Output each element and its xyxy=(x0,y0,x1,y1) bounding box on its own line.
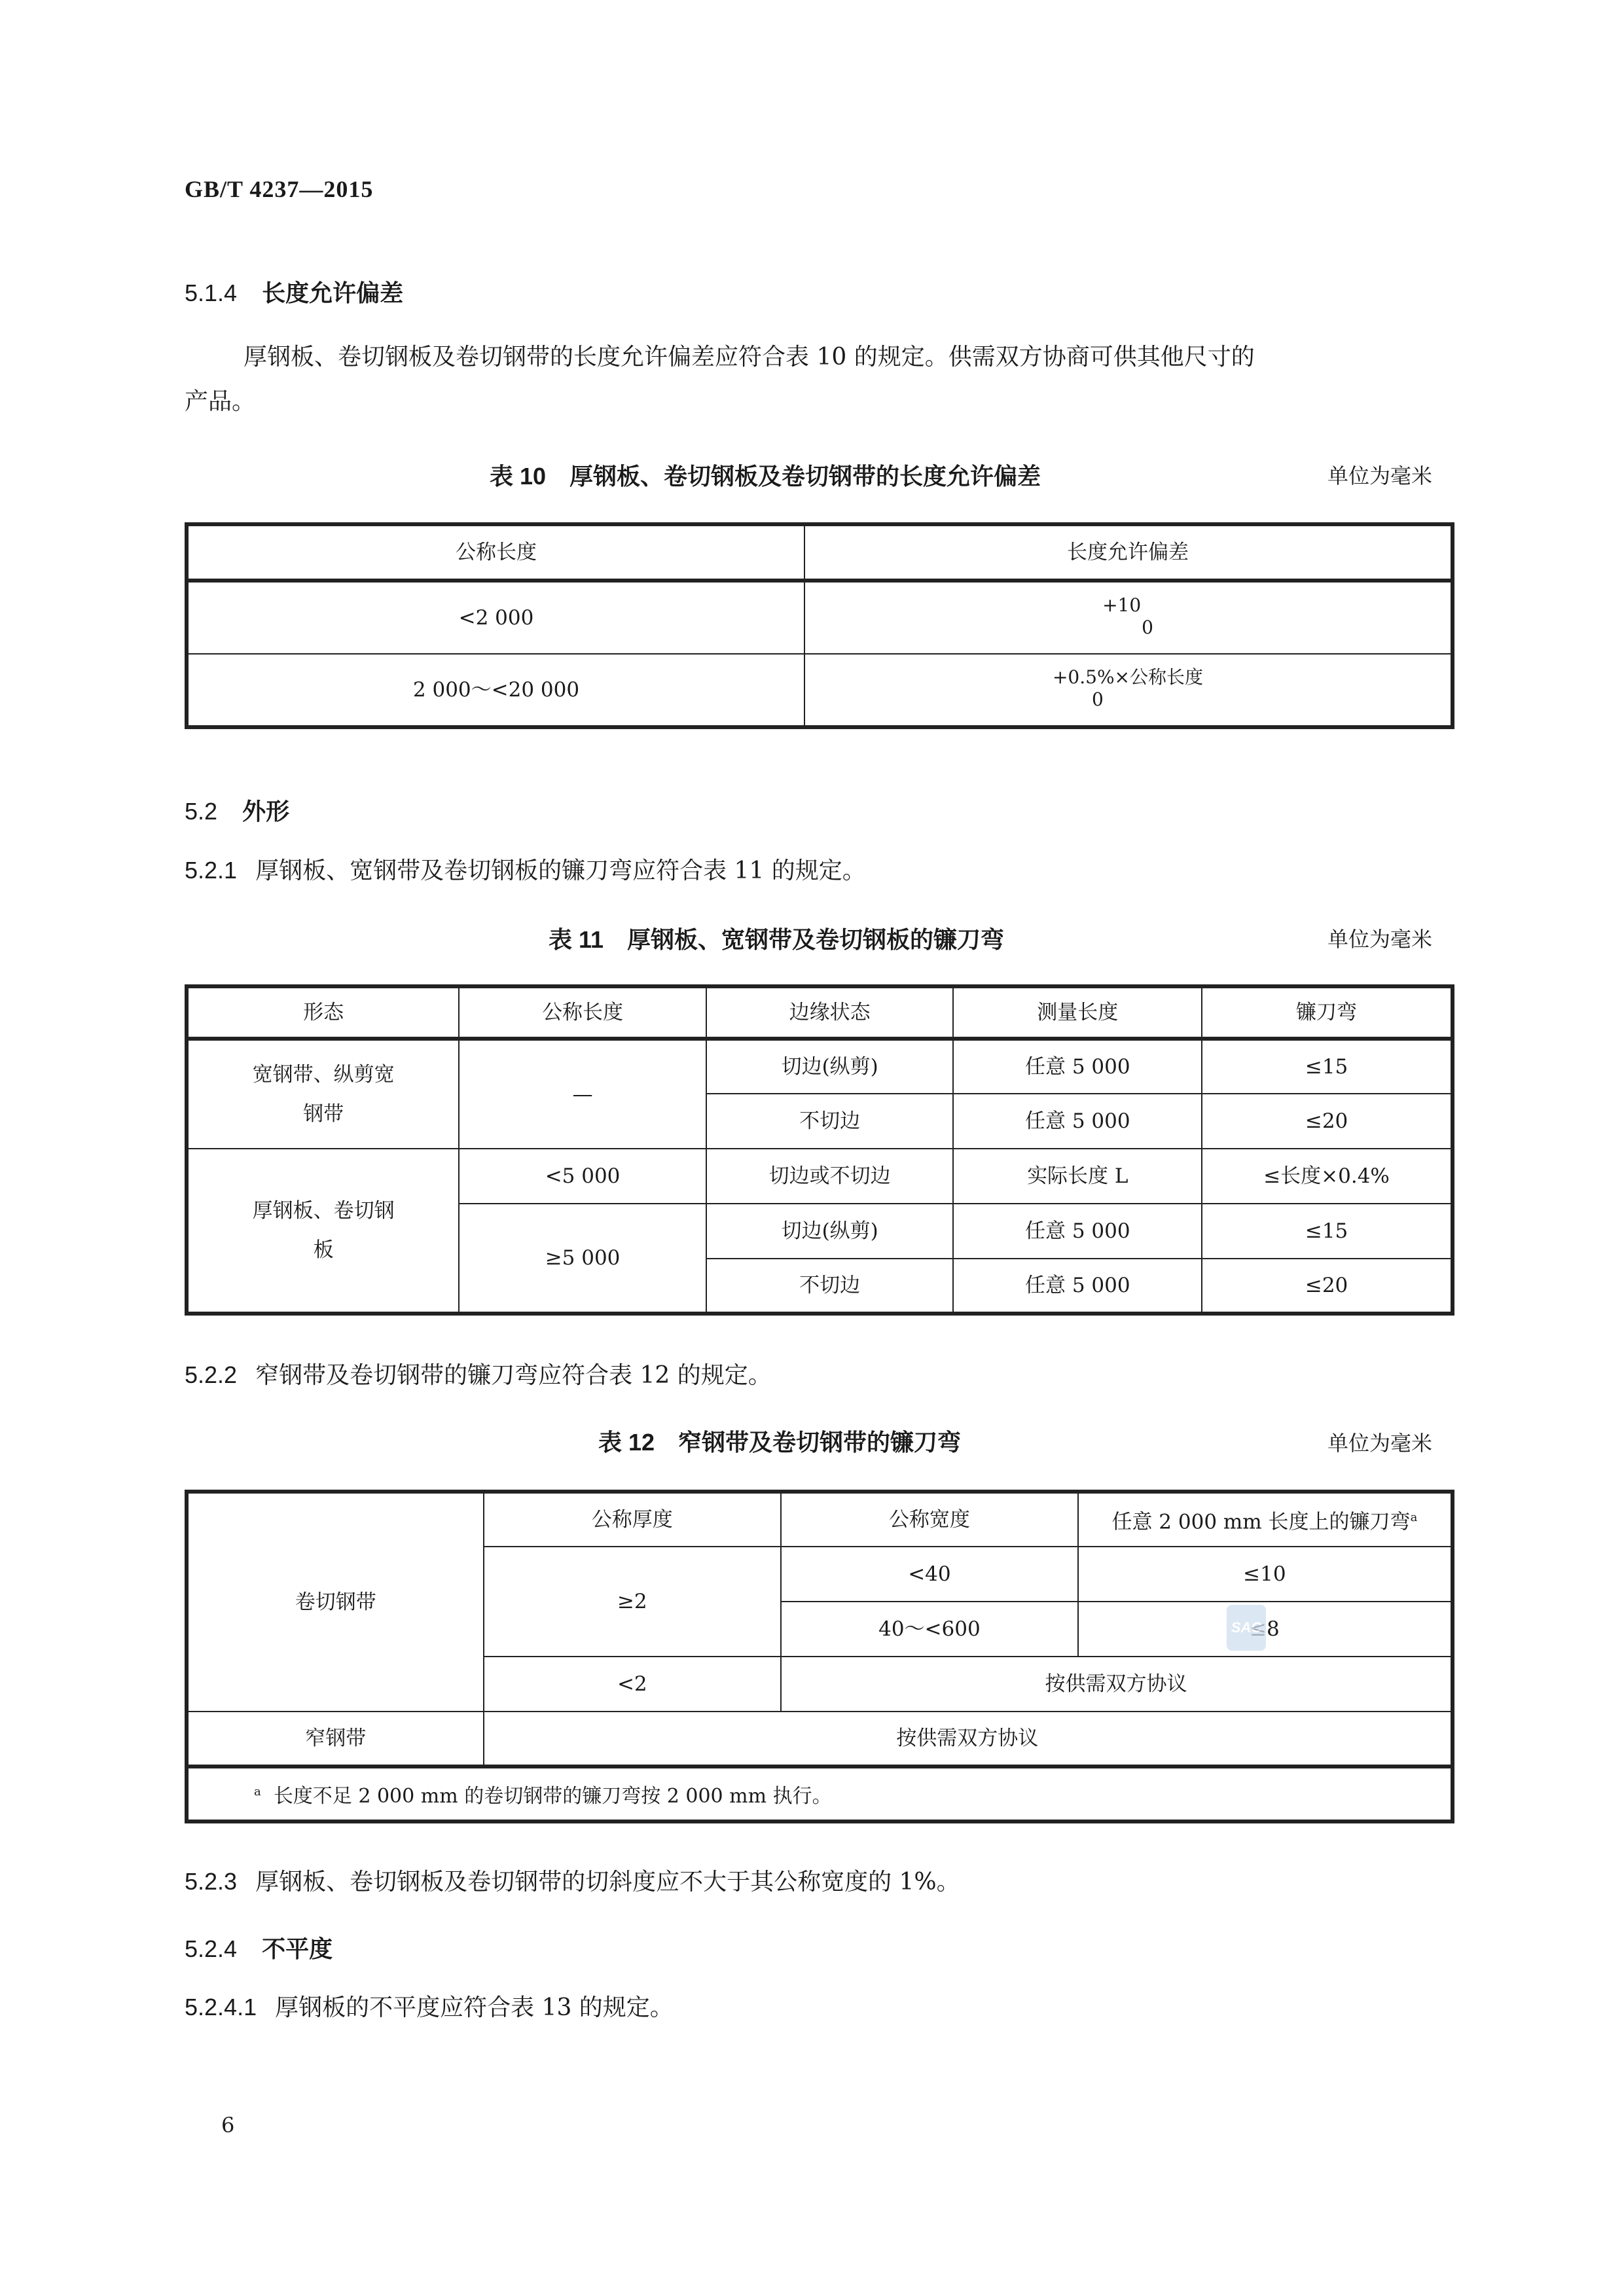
section-number: 5.2.4 xyxy=(185,1935,237,1962)
section-text: 窄钢带及卷切钢带的镰刀弯应符合表 12 的规定。 xyxy=(255,1362,772,1389)
paragraph-line: 产品。 xyxy=(185,380,255,424)
table-cell: ≤15 xyxy=(1202,1204,1453,1259)
table-cell: ≤20 xyxy=(1202,1094,1453,1149)
footnote-mark: a xyxy=(1411,1511,1418,1524)
table-11: 形态 公称长度 边缘状态 测量长度 镰刀弯 宽钢带、纵剪宽钢带 — 切边(纵剪)… xyxy=(185,984,1454,1316)
footnote-mark: a xyxy=(254,1785,261,1799)
table-cell: 切边(纵剪) xyxy=(706,1204,954,1259)
table-cell: +0.5%×公称长度 0 xyxy=(804,654,1453,727)
section-title: 不平度 xyxy=(262,1935,333,1962)
table-cell: ≥2 xyxy=(484,1547,782,1657)
table-cell: 任意 5 000 xyxy=(953,1094,1202,1149)
section-text: 厚钢板、宽钢带及卷切钢板的镰刀弯应符合表 11 的规定。 xyxy=(255,857,866,884)
table-cell-nominal-length: <5 000 xyxy=(459,1149,706,1204)
table-cell: 按供需双方协议 xyxy=(484,1712,1453,1767)
table-12-unit: 单位为毫米 xyxy=(1327,1427,1432,1457)
table-cell: 不切边 xyxy=(706,1094,954,1149)
table-cell-narrow-strip: 窄钢带 xyxy=(187,1712,484,1767)
section-title: 外形 xyxy=(242,798,289,825)
section-text: 厚钢板、卷切钢板及卷切钢带的切斜度应不大于其公称宽度的 1%。 xyxy=(255,1869,960,1895)
section-5-2-4-heading: 5.2.4 不平度 xyxy=(185,1931,333,1964)
table-cell: ≤长度×0.4% xyxy=(1202,1149,1453,1204)
section-5-2-1: 5.2.1厚钢板、宽钢带及卷切钢板的镰刀弯应符合表 11 的规定。 xyxy=(185,848,866,893)
table-12: 卷切钢带 公称厚度 公称宽度 任意 2 000 mm 长度上的镰刀弯a ≥2 <… xyxy=(185,1490,1454,1823)
table-header-cell: 边缘状态 xyxy=(706,986,954,1039)
section-5-2-2: 5.2.2窄钢带及卷切钢带的镰刀弯应符合表 12 的规定。 xyxy=(185,1353,772,1398)
table-cell: 切边或不切边 xyxy=(706,1149,954,1204)
table-cell-coil-cut-strip: 卷切钢带 xyxy=(187,1492,484,1712)
tolerance-value: +10 0 xyxy=(1102,594,1153,639)
table-10-caption: 表 10 厚钢板、卷切钢板及卷切钢带的长度允许偏差 xyxy=(490,458,1041,492)
section-5-2-4-1: 5.2.4.1厚钢板的不平度应符合表 13 的规定。 xyxy=(185,1985,674,2030)
table-cell: 按供需双方协议 xyxy=(781,1657,1453,1712)
table-cell: 切边(纵剪) xyxy=(706,1039,954,1094)
table-10-unit: 单位为毫米 xyxy=(1327,459,1432,490)
table-cell: <2 xyxy=(484,1657,782,1712)
table-cell-form: 宽钢带、纵剪宽钢带 xyxy=(187,1039,459,1149)
section-5-2-heading: 5.2 外形 xyxy=(185,793,289,827)
table-header-cell: 公称长度 xyxy=(187,524,804,581)
section-text: 厚钢板的不平度应符合表 13 的规定。 xyxy=(275,1994,674,2021)
table-cell: 40～<600 xyxy=(781,1602,1078,1657)
tolerance-upper: +10 xyxy=(1102,594,1141,616)
table-cell-nominal-length: — xyxy=(459,1039,706,1149)
table-cell: 任意 5 000 xyxy=(953,1204,1202,1259)
table-header-cell: 长度允许偏差 xyxy=(804,524,1453,581)
table-cell: ≤20 xyxy=(1202,1259,1453,1314)
section-number: 5.2.4.1 xyxy=(185,1994,257,2020)
tolerance-lower: 0 xyxy=(1102,617,1153,639)
header-text: 任意 2 000 mm 长度上的镰刀弯 xyxy=(1111,1510,1410,1534)
sac-watermark-logo: SAC xyxy=(1227,1605,1266,1651)
table-10: 公称长度 长度允许偏差 <2 000 +10 0 2 000～<20 000 +… xyxy=(185,522,1454,729)
section-5-2-3: 5.2.3厚钢板、卷切钢板及卷切钢带的切斜度应不大于其公称宽度的 1%。 xyxy=(185,1859,960,1905)
tolerance-upper: +0.5%×公称长度 xyxy=(1053,666,1203,688)
table-header-cell: 公称宽度 xyxy=(781,1492,1078,1547)
table-header-cell: 任意 2 000 mm 长度上的镰刀弯a xyxy=(1078,1492,1453,1547)
section-title: 长度允许偏差 xyxy=(262,279,403,306)
tolerance-lower: 0 xyxy=(1053,689,1203,711)
table-11-caption: 表 11 厚钢板、宽钢带及卷切钢板的镰刀弯 xyxy=(549,922,1004,955)
standard-code-header: GB/T 4237—2015 xyxy=(185,175,373,203)
table-cell: ≤10 xyxy=(1078,1547,1453,1602)
table-header-cell: 公称厚度 xyxy=(484,1492,782,1547)
table-cell: <2 000 xyxy=(187,581,804,654)
section-number: 5.1.4 xyxy=(185,279,237,306)
table-cell: <40 xyxy=(781,1547,1078,1602)
section-number: 5.2.2 xyxy=(185,1361,237,1388)
table-cell: ≤15 xyxy=(1202,1039,1453,1094)
table-cell-nominal-length: ≥5 000 xyxy=(459,1204,706,1314)
tolerance-value: +0.5%×公称长度 0 xyxy=(1053,666,1203,711)
table-cell: 任意 5 000 xyxy=(953,1039,1202,1094)
table-cell: 实际长度 L xyxy=(953,1149,1202,1204)
table-header-cell: 公称长度 xyxy=(459,986,706,1039)
paragraph-line: 厚钢板、卷切钢板及卷切钢带的长度允许偏差应符合表 10 的规定。供需双方协商可供… xyxy=(244,335,1461,380)
table-header-cell: 形态 xyxy=(187,986,459,1039)
footnote-text: 长度不足 2 000 mm 的卷切钢带的镰刀弯按 2 000 mm 执行。 xyxy=(274,1785,832,1808)
page-number: 6 xyxy=(221,2113,234,2138)
table-cell: 2 000～<20 000 xyxy=(187,654,804,727)
table-11-unit: 单位为毫米 xyxy=(1327,923,1432,953)
table-12-caption: 表 12 窄钢带及卷切钢带的镰刀弯 xyxy=(598,1424,961,1458)
table-cell: 任意 5 000 xyxy=(953,1259,1202,1314)
section-number: 5.2 xyxy=(185,798,217,825)
table-cell: +10 0 xyxy=(804,581,1453,654)
table-footnote: a 长度不足 2 000 mm 的卷切钢带的镰刀弯按 2 000 mm 执行。 xyxy=(187,1767,1453,1821)
section-number: 5.2.3 xyxy=(185,1868,237,1895)
table-cell: 不切边 xyxy=(706,1259,954,1314)
table-cell-form: 厚钢板、卷切钢板 xyxy=(187,1149,459,1314)
section-5-1-4-heading: 5.1.4 长度允许偏差 xyxy=(185,275,403,308)
table-header-cell: 测量长度 xyxy=(953,986,1202,1039)
table-header-cell: 镰刀弯 xyxy=(1202,986,1453,1039)
section-number: 5.2.1 xyxy=(185,857,237,884)
